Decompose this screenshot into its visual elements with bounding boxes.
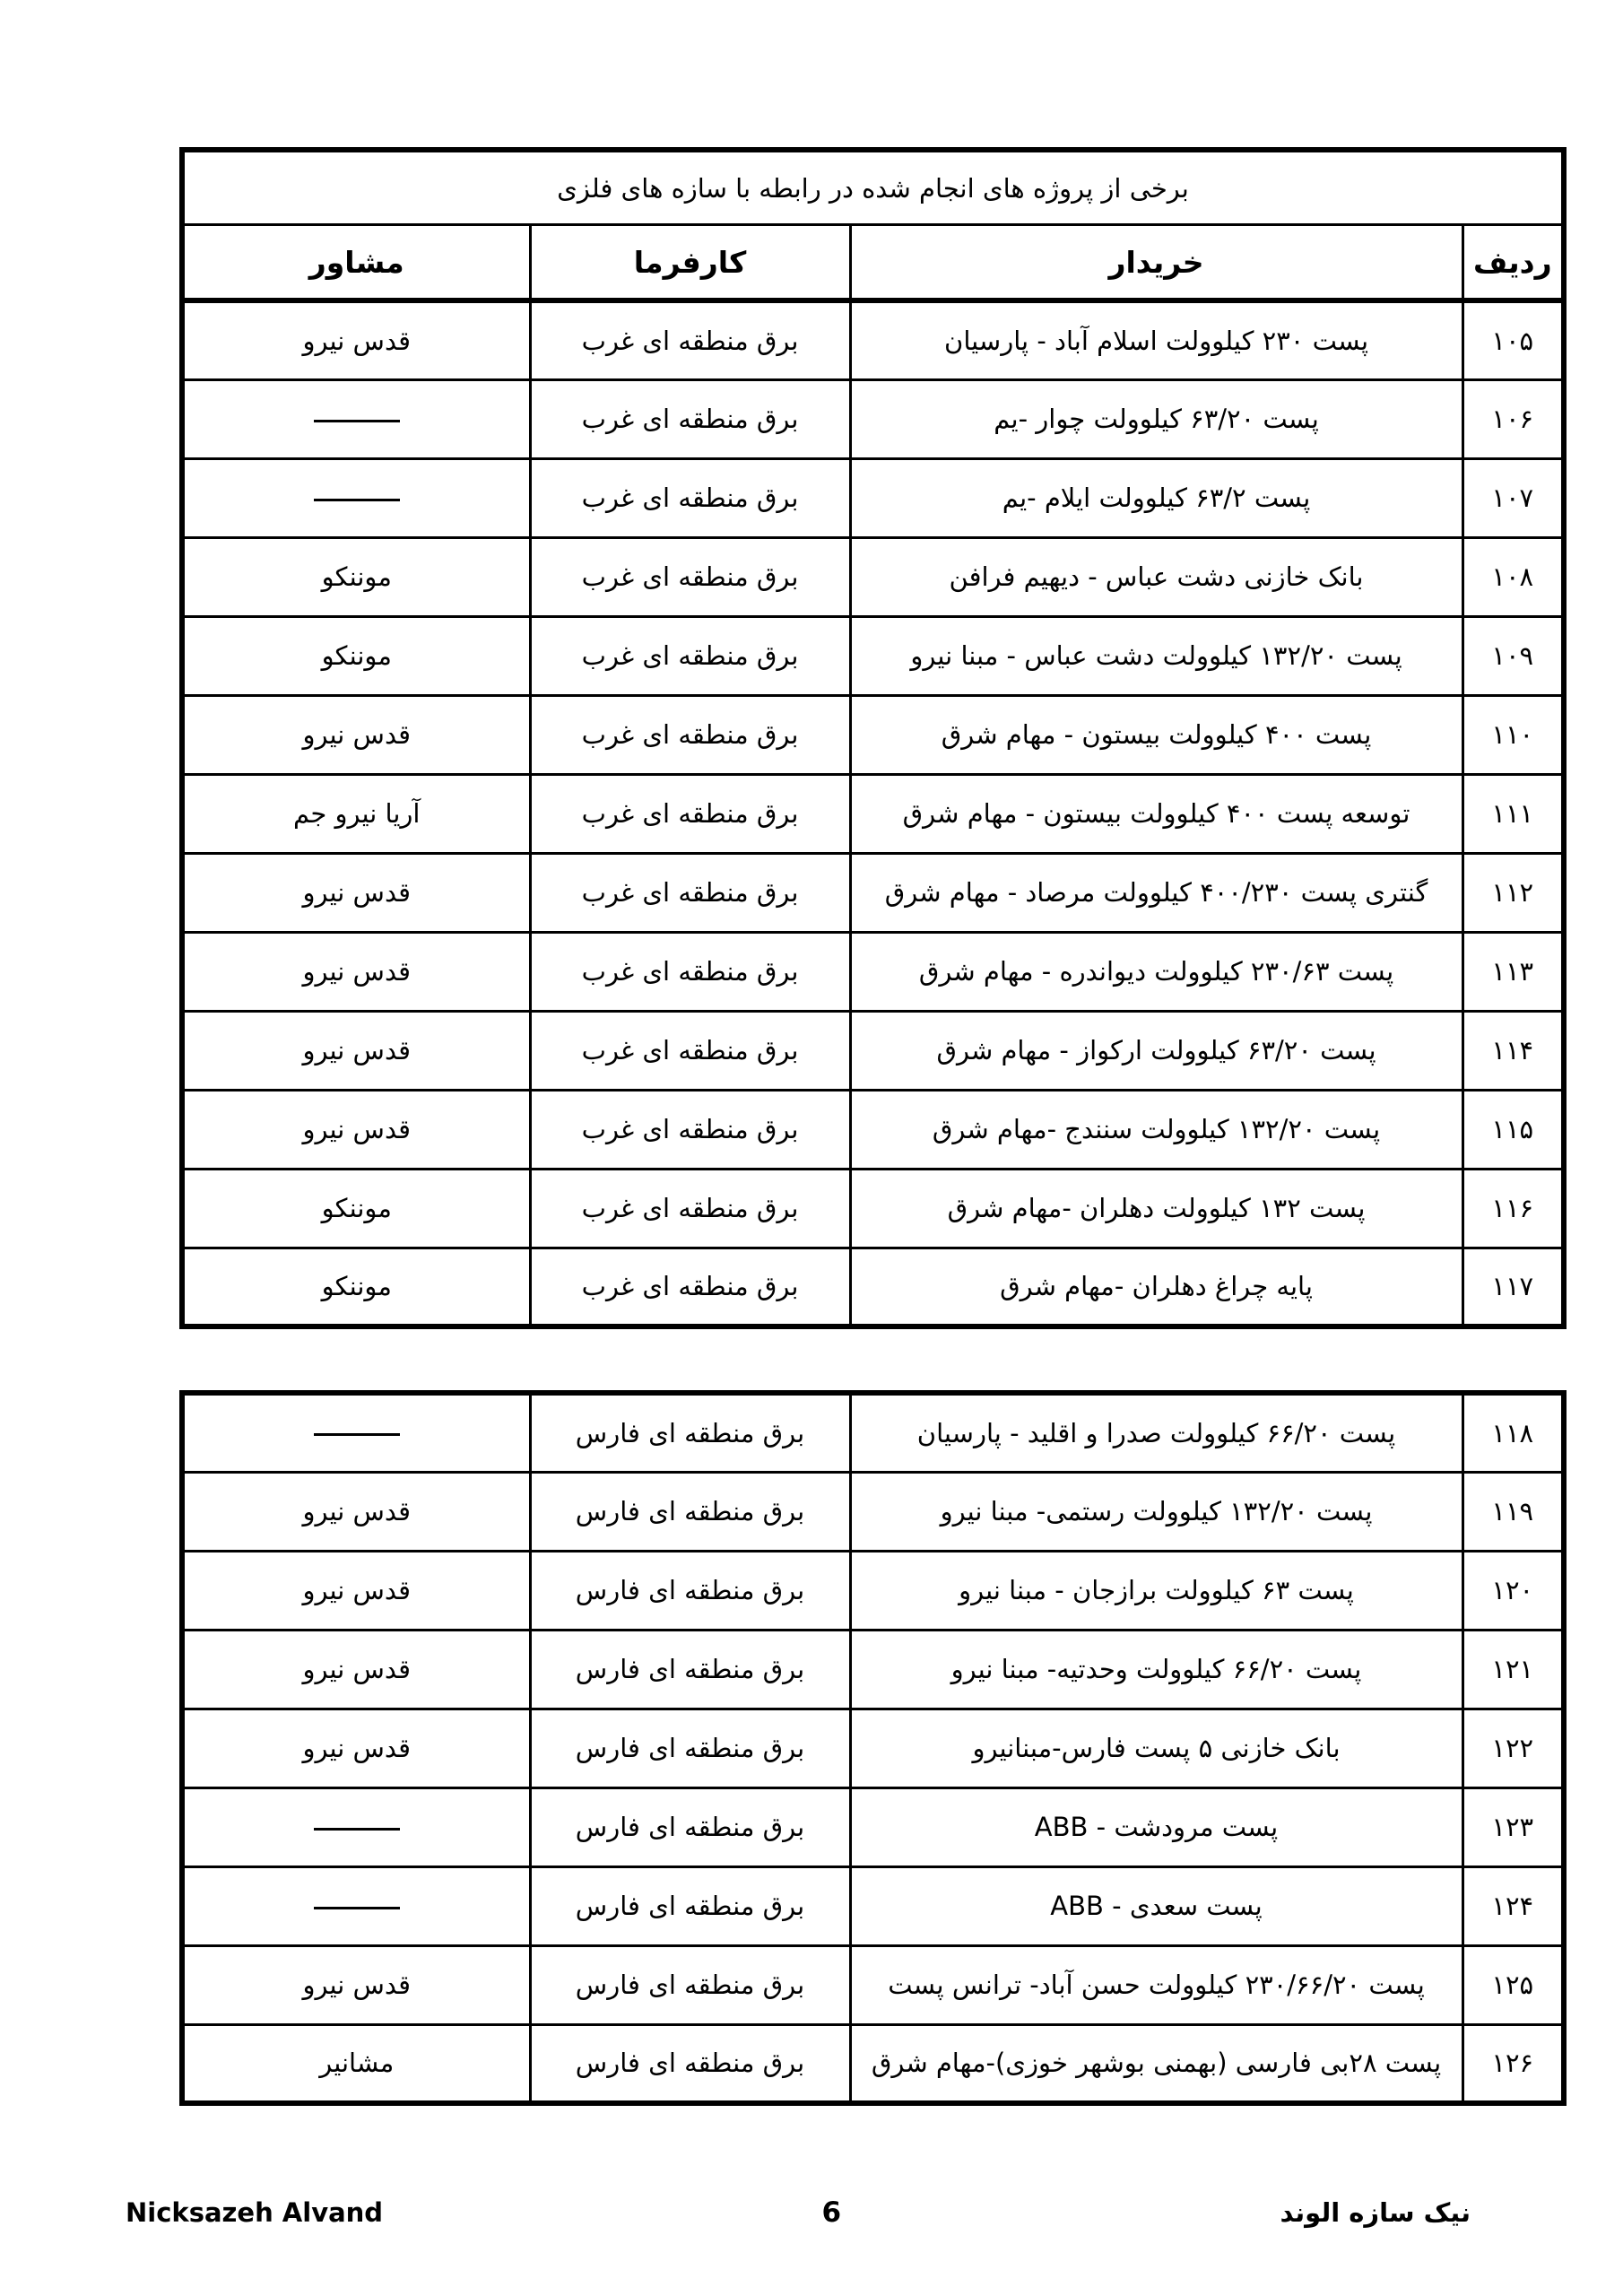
- table-body-fars: ۱۱۸پست ۶۶/۲۰ کیلوولت صدرا و اقلید - پارس…: [182, 1393, 1564, 2103]
- employer-cell: برق منطقه ای غرب: [530, 853, 850, 932]
- col-header-buyer: خریدار: [850, 225, 1462, 301]
- dash-placeholder: [314, 1907, 400, 1909]
- consultant-cell: قدس نیرو: [182, 695, 530, 774]
- buyer-cell: پست ۱۳۲/۲۰ کیلوولت دشت عباس - مبنا نیرو: [850, 616, 1462, 695]
- employer-cell: برق منطقه ای غرب: [530, 932, 850, 1011]
- consultant-cell: قدس نیرو: [182, 1090, 530, 1169]
- row-number-cell: ۱۱۲: [1462, 853, 1564, 932]
- buyer-cell: پست ۶۳/۲ کیلوولت ایلام -یم: [850, 458, 1462, 537]
- col-header-consultant: مشاور: [182, 225, 530, 301]
- row-number-cell: ۱۰۹: [1462, 616, 1564, 695]
- employer-cell: برق منطقه ای غرب: [530, 695, 850, 774]
- footer-company-latin: Nicksazeh Alvand: [126, 2197, 383, 2228]
- table-row: ۱۲۰پست ۶۳ کیلوولت برازجان - مبنا نیروبرق…: [182, 1551, 1564, 1630]
- employer-cell: برق منطقه ای غرب: [530, 458, 850, 537]
- consultant-cell: قدس نیرو: [182, 1709, 530, 1787]
- employer-cell: برق منطقه ای غرب: [530, 1248, 850, 1326]
- buyer-cell: پست ۶۶/۲۰ کیلوولت صدرا و اقلید - پارسیان: [850, 1393, 1462, 1472]
- buyer-cell: بانک خازنی دشت عباس - دیهیم فرافن: [850, 537, 1462, 616]
- table-row: ۱۲۴پست سعدی - ABBبرق منطقه ای فارس: [182, 1866, 1564, 1945]
- consultant-cell: مشانیر: [182, 2024, 530, 2103]
- row-number-cell: ۱۲۱: [1462, 1630, 1564, 1709]
- consultant-cell: قدس نیرو: [182, 1011, 530, 1090]
- consultant-cell: [182, 1787, 530, 1866]
- row-number-cell: ۱۲۵: [1462, 1945, 1564, 2024]
- table-title-row: برخی از پروژه های انجام شده در رابطه با …: [182, 150, 1564, 225]
- table-row: ۱۱۵پست ۱۳۲/۲۰ کیلوولت سنندج -مهام شرقبرق…: [182, 1090, 1564, 1169]
- col-header-row-number: ردیف: [1462, 225, 1564, 301]
- buyer-cell: پست مرودشت - ABB: [850, 1787, 1462, 1866]
- table-row: ۱۱۳پست ۲۳۰/۶۳ کیلوولت دیواندره - مهام شر…: [182, 932, 1564, 1011]
- table-row: ۱۰۶پست ۶۳/۲۰ کیلوولت چوار -یمبرق منطقه ا…: [182, 379, 1564, 458]
- consultant-cell: [182, 458, 530, 537]
- table-body-west: ۱۰۵پست ۲۳۰ کیلوولت اسلام آباد - پارسیانب…: [182, 300, 1564, 1326]
- projects-table-fars: ۱۱۸پست ۶۶/۲۰ کیلوولت صدرا و اقلید - پارس…: [179, 1390, 1567, 2106]
- consultant-cell: قدس نیرو: [182, 853, 530, 932]
- table-row: ۱۲۳پست مرودشت - ABBبرق منطقه ای فارس: [182, 1787, 1564, 1866]
- buyer-cell: پست ۲۳۰/۶۳ کیلوولت دیواندره - مهام شرق: [850, 932, 1462, 1011]
- table-row: ۱۰۵پست ۲۳۰ کیلوولت اسلام آباد - پارسیانب…: [182, 300, 1564, 379]
- row-number-cell: ۱۰۶: [1462, 379, 1564, 458]
- table-header-row: ردیف خریدار کارفرما مشاور: [182, 225, 1564, 301]
- dash-placeholder: [314, 1828, 400, 1831]
- table-row: ۱۲۶پست ۲۸بی فارسی (بهمنی بوشهر خوزی)-مها…: [182, 2024, 1564, 2103]
- table-row: ۱۰۷پست ۶۳/۲ کیلوولت ایلام -یمبرق منطقه ا…: [182, 458, 1564, 537]
- table-row: ۱۰۹پست ۱۳۲/۲۰ کیلوولت دشت عباس - مبنا نی…: [182, 616, 1564, 695]
- row-number-cell: ۱۱۸: [1462, 1393, 1564, 1472]
- row-number-cell: ۱۱۵: [1462, 1090, 1564, 1169]
- table-row: ۱۲۵پست ۲۳۰/۶۶/۲۰ کیلوولت حسن آباد- ترانس…: [182, 1945, 1564, 2024]
- buyer-cell: پست ۱۳۲ کیلوولت دهلران -مهام شرق: [850, 1169, 1462, 1248]
- row-number-cell: ۱۲۲: [1462, 1709, 1564, 1787]
- employer-cell: برق منطقه ای غرب: [530, 1090, 850, 1169]
- buyer-cell: پست ۲۳۰ کیلوولت اسلام آباد - پارسیان: [850, 300, 1462, 379]
- consultant-cell: آریا نیرو جم: [182, 774, 530, 853]
- dash-placeholder: [314, 1433, 400, 1436]
- employer-cell: برق منطقه ای غرب: [530, 774, 850, 853]
- table-row: ۱۱۰پست ۴۰۰ کیلوولت بیستون - مهام شرقبرق …: [182, 695, 1564, 774]
- employer-cell: برق منطقه ای غرب: [530, 1169, 850, 1248]
- row-number-cell: ۱۱۷: [1462, 1248, 1564, 1326]
- consultant-cell: [182, 379, 530, 458]
- table-row: ۱۰۸بانک خازنی دشت عباس - دیهیم فرافنبرق …: [182, 537, 1564, 616]
- consultant-cell: قدس نیرو: [182, 1945, 530, 2024]
- row-number-cell: ۱۱۳: [1462, 932, 1564, 1011]
- consultant-cell: موننکو: [182, 616, 530, 695]
- row-number-cell: ۱۲۳: [1462, 1787, 1564, 1866]
- employer-cell: برق منطقه ای فارس: [530, 1945, 850, 2024]
- table-title: برخی از پروژه های انجام شده در رابطه با …: [182, 150, 1564, 225]
- table-row: ۱۱۶پست ۱۳۲ کیلوولت دهلران -مهام شرقبرق م…: [182, 1169, 1564, 1248]
- employer-cell: برق منطقه ای فارس: [530, 1787, 850, 1866]
- buyer-cell: پست ۴۰۰ کیلوولت بیستون - مهام شرق: [850, 695, 1462, 774]
- employer-cell: برق منطقه ای فارس: [530, 1630, 850, 1709]
- consultant-cell: قدس نیرو: [182, 1472, 530, 1551]
- buyer-cell: پست ۲۳۰/۶۶/۲۰ کیلوولت حسن آباد- ترانس پس…: [850, 1945, 1462, 2024]
- row-number-cell: ۱۲۰: [1462, 1551, 1564, 1630]
- buyer-cell: توسعه پست ۴۰۰ کیلوولت بیستون - مهام شرق: [850, 774, 1462, 853]
- footer-page-number: 6: [822, 2196, 842, 2229]
- employer-cell: برق منطقه ای فارس: [530, 2024, 850, 2103]
- employer-cell: برق منطقه ای غرب: [530, 1011, 850, 1090]
- row-number-cell: ۱۱۱: [1462, 774, 1564, 853]
- employer-cell: برق منطقه ای فارس: [530, 1551, 850, 1630]
- consultant-cell: قدس نیرو: [182, 932, 530, 1011]
- row-number-cell: ۱۰۸: [1462, 537, 1564, 616]
- footer-company-persian: نیک سازه الوند: [1280, 2197, 1471, 2228]
- employer-cell: برق منطقه ای غرب: [530, 300, 850, 379]
- page-footer: Nicksazeh Alvand 6 نیک سازه الوند: [126, 2193, 1471, 2232]
- employer-cell: برق منطقه ای غرب: [530, 616, 850, 695]
- buyer-cell: پست ۱۳۲/۲۰ کیلوولت رستمی- مبنا نیرو: [850, 1472, 1462, 1551]
- buyer-cell: بانک خازنی ۵ پست فارس-مبنانیرو: [850, 1709, 1462, 1787]
- employer-cell: برق منطقه ای غرب: [530, 379, 850, 458]
- row-number-cell: ۱۱۶: [1462, 1169, 1564, 1248]
- dash-placeholder: [314, 420, 400, 422]
- employer-cell: برق منطقه ای فارس: [530, 1709, 850, 1787]
- row-number-cell: ۱۱۹: [1462, 1472, 1564, 1551]
- employer-cell: برق منطقه ای فارس: [530, 1866, 850, 1945]
- buyer-cell: گنتری پست ۴۰۰/۲۳۰ کیلوولت مرصاد - مهام ش…: [850, 853, 1462, 932]
- buyer-cell: پست ۶۳ کیلوولت برازجان - مبنا نیرو: [850, 1551, 1462, 1630]
- consultant-cell: موننکو: [182, 1248, 530, 1326]
- table-row: ۱۱۹پست ۱۳۲/۲۰ کیلوولت رستمی- مبنا نیروبر…: [182, 1472, 1564, 1551]
- buyer-cell: پست ۲۸بی فارسی (بهمنی بوشهر خوزی)-مهام ش…: [850, 2024, 1462, 2103]
- table-row: ۱۱۱توسعه پست ۴۰۰ کیلوولت بیستون - مهام ش…: [182, 774, 1564, 853]
- consultant-cell: قدس نیرو: [182, 300, 530, 379]
- buyer-cell: پست ۱۳۲/۲۰ کیلوولت سنندج -مهام شرق: [850, 1090, 1462, 1169]
- buyer-cell: پست سعدی - ABB: [850, 1866, 1462, 1945]
- row-number-cell: ۱۲۴: [1462, 1866, 1564, 1945]
- col-header-employer: کارفرما: [530, 225, 850, 301]
- table-row: ۱۱۴پست ۶۳/۲۰ کیلوولت ارکواز - مهام شرقبر…: [182, 1011, 1564, 1090]
- consultant-cell: موننکو: [182, 1169, 530, 1248]
- row-number-cell: ۱۰۷: [1462, 458, 1564, 537]
- row-number-cell: ۱۱۰: [1462, 695, 1564, 774]
- consultant-cell: [182, 1866, 530, 1945]
- table-row: ۱۱۲گنتری پست ۴۰۰/۲۳۰ کیلوولت مرصاد - مها…: [182, 853, 1564, 932]
- table-row: ۱۱۷پایه چراغ دهلران -مهام شرقبرق منطقه ا…: [182, 1248, 1564, 1326]
- table-row: ۱۲۱پست ۶۶/۲۰ کیلوولت وحدتیه- مبنا نیروبر…: [182, 1630, 1564, 1709]
- employer-cell: برق منطقه ای غرب: [530, 537, 850, 616]
- table-row: ۱۱۸پست ۶۶/۲۰ کیلوولت صدرا و اقلید - پارس…: [182, 1393, 1564, 1472]
- consultant-cell: موننکو: [182, 537, 530, 616]
- buyer-cell: پست ۶۳/۲۰ کیلوولت ارکواز - مهام شرق: [850, 1011, 1462, 1090]
- table-row: ۱۲۲بانک خازنی ۵ پست فارس-مبنانیروبرق منط…: [182, 1709, 1564, 1787]
- buyer-cell: پست ۶۳/۲۰ کیلوولت چوار -یم: [850, 379, 1462, 458]
- row-number-cell: ۱۲۶: [1462, 2024, 1564, 2103]
- buyer-cell: پست ۶۶/۲۰ کیلوولت وحدتیه- مبنا نیرو: [850, 1630, 1462, 1709]
- document-page: برخی از پروژه های انجام شده در رابطه با …: [0, 0, 1623, 2296]
- row-number-cell: ۱۰۵: [1462, 300, 1564, 379]
- consultant-cell: [182, 1393, 530, 1472]
- employer-cell: برق منطقه ای فارس: [530, 1393, 850, 1472]
- dash-placeholder: [314, 499, 400, 501]
- employer-cell: برق منطقه ای فارس: [530, 1472, 850, 1551]
- buyer-cell: پایه چراغ دهلران -مهام شرق: [850, 1248, 1462, 1326]
- consultant-cell: قدس نیرو: [182, 1630, 530, 1709]
- projects-table-west: برخی از پروژه های انجام شده در رابطه با …: [179, 147, 1567, 1329]
- row-number-cell: ۱۱۴: [1462, 1011, 1564, 1090]
- consultant-cell: قدس نیرو: [182, 1551, 530, 1630]
